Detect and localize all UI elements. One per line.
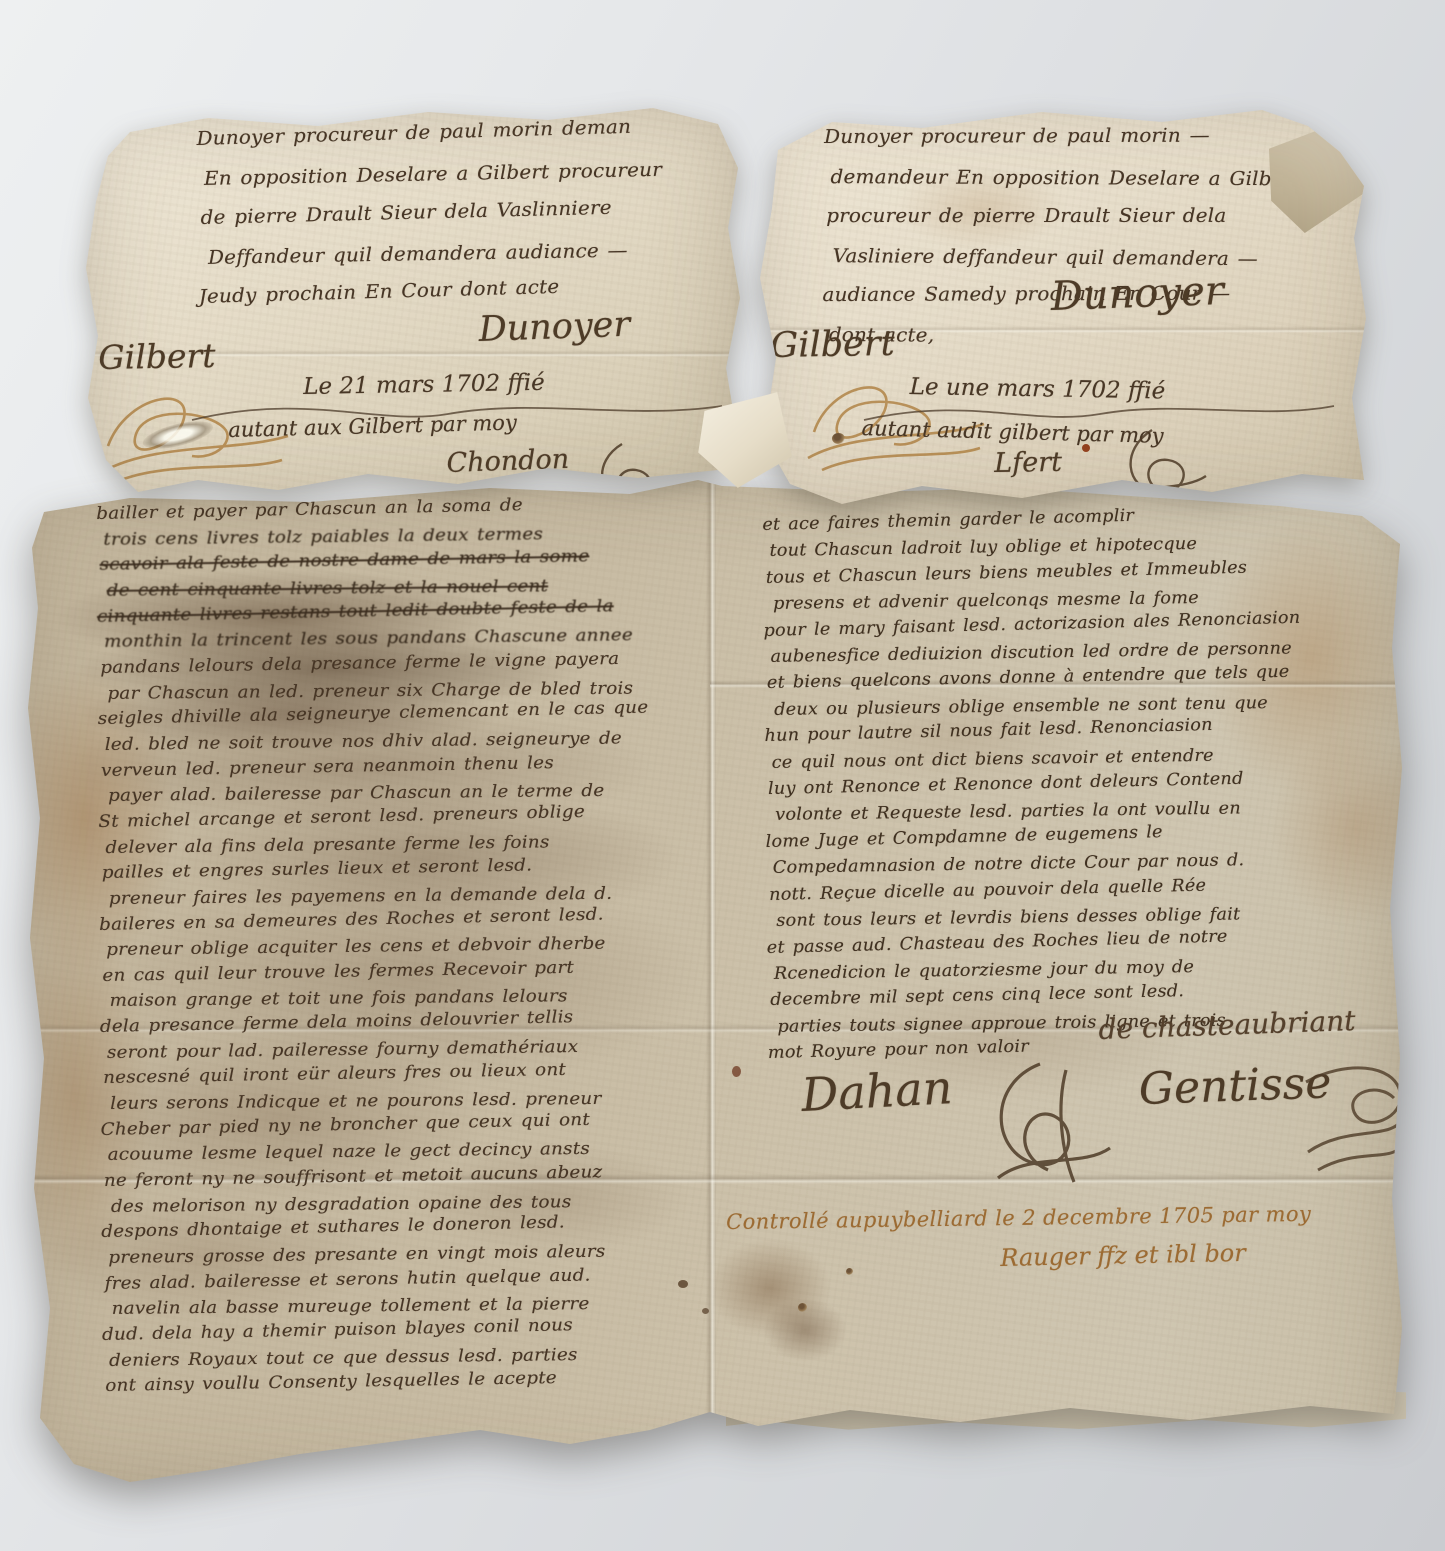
slip-right-paper: Dunoyer procureur de paul morin —demande… (742, 88, 1382, 524)
autant-line: autant aux Gilbert par moy (228, 410, 517, 442)
signature-dahan: Dahan (800, 1060, 954, 1122)
slip-left-text: Dunoyer procureur de paul morin demanEn … (196, 113, 719, 318)
ink-speck (702, 1308, 709, 1314)
date-line: Le une mars 1702 ffié (910, 374, 1166, 404)
signature-lfert: Lfert (994, 447, 1062, 479)
red-ink-speck (1082, 444, 1090, 452)
chondon-paraphe-flourish (578, 440, 668, 510)
sheet-paper: bailler et payer par Chascun an la soma … (10, 468, 1410, 1498)
signature-gentis: Gentisse (1138, 1057, 1332, 1115)
slip-left-paper: Dunoyer procureur de paul morin demanEn … (78, 98, 743, 516)
large-manuscript-sheet: bailler et payer par Chascun an la soma … (10, 468, 1410, 1498)
right-note-slip: Dunoyer procureur de paul morin —demande… (742, 88, 1382, 524)
ink-speck (678, 1280, 688, 1288)
slip-right-text: Dunoyer procureur de paul morin —demande… (822, 118, 1344, 360)
worm-hole (798, 1303, 807, 1312)
autant-line: autant audit gilbert par moy (861, 416, 1163, 448)
left-note-slip: Dunoyer procureur de paul morin demanEn … (78, 98, 743, 516)
signature-dunoyer: Dunoyer (1050, 268, 1225, 320)
control-note-line-2: Rauger ffz et ibl bor (1000, 1239, 1246, 1272)
worm-hole (832, 433, 845, 444)
signature-dunoyer: Dunoyer (478, 305, 631, 350)
date-line: Le 21 mars 1702 ffié (303, 370, 545, 400)
left-page-text-column: bailler et payer par Chascun an la soma … (96, 498, 742, 1400)
manuscript-line: dont acte, (829, 316, 1368, 358)
paper-tear (140, 416, 215, 455)
signature-chondon: Chondon (446, 444, 570, 479)
right-page-text-column: et ace faires themin garder le acomplirt… (762, 506, 1388, 1067)
worm-hole (846, 1268, 853, 1275)
signature-gilbert: Gilbert (98, 336, 216, 377)
signature-gilbert: Gilbert (770, 324, 895, 366)
photo-of-manuscripts: bailler et payer par Chascun an la soma … (0, 0, 1445, 1551)
control-note-line-1: Controllé aupuybelliard le 2 decembre 17… (726, 1202, 1311, 1234)
ink-speck (732, 1066, 741, 1077)
